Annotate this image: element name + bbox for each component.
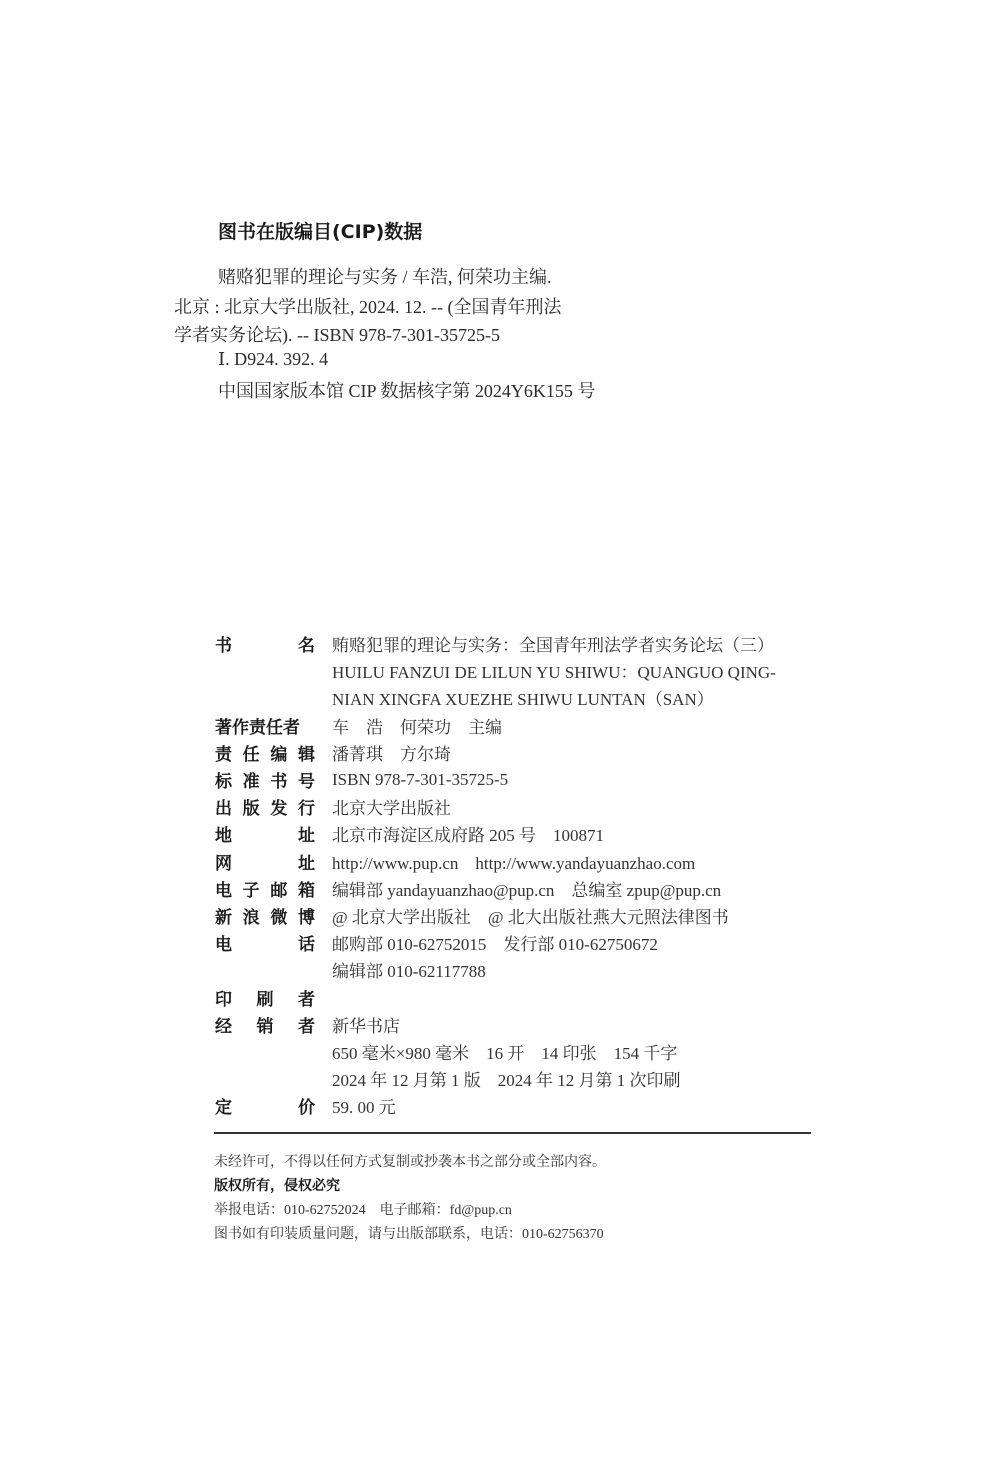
info-value: http://www.pup.cn http://www.yandayuanzh… <box>332 849 695 874</box>
info-label: 定价 <box>215 1093 315 1118</box>
info-label: 责任编辑 <box>215 740 315 765</box>
info-row: 2024 年 12 月第 1 版 2024 年 12 月第 1 次印刷 <box>215 1065 835 1092</box>
info-value: HUILU FANZUI DE LILUN YU SHIWU：QUANGUO Q… <box>332 658 776 683</box>
info-row: 出版发行北京大学出版社 <box>215 793 835 820</box>
info-label: 网址 <box>215 849 315 874</box>
rights-reserved: 版权所有，侵权必究 <box>214 1175 340 1195</box>
info-value: 2024 年 12 月第 1 版 2024 年 12 月第 1 次印刷 <box>332 1066 681 1091</box>
info-value: 贿赂犯罪的理论与实务：全国青年刑法学者实务论坛（三） <box>332 631 774 656</box>
info-value: @ 北京大学出版社 @ 北大出版社燕大元照法律图书 <box>332 903 729 928</box>
info-row: 电子邮箱编辑部 yandayuanzhao@pup.cn 总编室 zpup@pu… <box>215 875 835 902</box>
info-value: 编辑部 yandayuanzhao@pup.cn 总编室 zpup@pup.cn <box>332 876 721 901</box>
info-row: 电话邮购部 010-62752015 发行部 010-62750672 <box>215 929 835 956</box>
copyright-notice: 未经许可，不得以任何方式复制或抄袭本书之部分或全部内容。 <box>214 1151 606 1171</box>
info-value: 车 浩 何荣功 主编 <box>332 713 502 738</box>
info-label: 标准书号 <box>215 767 315 792</box>
info-label: 经销者 <box>215 1012 315 1037</box>
info-row: 网址http://www.pup.cn http://www.yandayuan… <box>215 848 835 875</box>
info-value: 650 毫米×980 毫米 16 开 14 印张 154 千字 <box>332 1039 677 1064</box>
cip-line-classification: Ⅰ. D924. 392. 4 <box>218 349 328 370</box>
report-contact: 举报电话：010-62752024 电子邮箱：fd@pup.cn <box>214 1199 512 1219</box>
info-label: 著作责任者 <box>215 713 315 738</box>
cip-line-series-isbn: 学者实务论坛). -- ISBN 978-7-301-35725-5 <box>174 321 500 347</box>
info-value: 编辑部 010-62117788 <box>332 957 486 982</box>
cip-line-publisher: 北京 : 北京大学出版社, 2024. 12. -- (全国青年刑法 <box>174 293 561 319</box>
cip-line-title: 赌赂犯罪的理论与实务 / 车浩, 何荣功主编. <box>218 263 552 289</box>
info-label: 地址 <box>215 821 315 846</box>
cip-title: 图书在版编目(CIP)数据 <box>218 217 422 244</box>
info-value: 北京大学出版社 <box>332 794 451 819</box>
info-value: 59. 00 元 <box>332 1093 396 1118</box>
info-value: NIAN XINGFA XUEZHE SHIWU LUNTAN（SAN） <box>332 685 714 710</box>
info-label: 电话 <box>215 930 315 955</box>
info-label: 出版发行 <box>215 794 315 819</box>
info-label: 电子邮箱 <box>215 876 315 901</box>
info-label: 书名 <box>215 631 315 656</box>
cip-line-cip-number: 中国国家版本馆 CIP 数据核字第 2024Y6K155 号 <box>218 377 595 403</box>
info-row: 著作责任者车 浩 何荣功 主编 <box>215 712 835 739</box>
info-value: 新华书店 <box>332 1012 400 1037</box>
info-label: 新浪微博 <box>215 903 315 928</box>
info-row: HUILU FANZUI DE LILUN YU SHIWU：QUANGUO Q… <box>215 657 835 684</box>
info-row: 经销者新华书店 <box>215 1011 835 1038</box>
info-value: 邮购部 010-62752015 发行部 010-62750672 <box>332 930 658 955</box>
info-row: 地址北京市海淀区成府路 205 号 100871 <box>215 820 835 847</box>
book-info-table: 书名贿赂犯罪的理论与实务：全国青年刑法学者实务论坛（三）HUILU FANZUI… <box>215 630 835 1119</box>
info-row: 新浪微博@ 北京大学出版社 @ 北大出版社燕大元照法律图书 <box>215 902 835 929</box>
divider <box>214 1132 811 1134</box>
info-row: 书名贿赂犯罪的理论与实务：全国青年刑法学者实务论坛（三） <box>215 630 835 657</box>
info-row: 650 毫米×980 毫米 16 开 14 印张 154 千字 <box>215 1038 835 1065</box>
quality-contact: 图书如有印装质量问题，请与出版部联系，电话：010-62756370 <box>214 1223 604 1243</box>
info-value: 北京市海淀区成府路 205 号 100871 <box>332 821 604 846</box>
info-row: 定价59. 00 元 <box>215 1092 835 1119</box>
info-row: 编辑部 010-62117788 <box>215 956 835 983</box>
info-row: 印刷者 <box>215 983 835 1010</box>
info-value: 潘菁琪 方尔琦 <box>332 740 451 765</box>
info-row: 责任编辑潘菁琪 方尔琦 <box>215 739 835 766</box>
info-row: NIAN XINGFA XUEZHE SHIWU LUNTAN（SAN） <box>215 684 835 711</box>
info-row: 标准书号ISBN 978-7-301-35725-5 <box>215 766 835 793</box>
info-value: ISBN 978-7-301-35725-5 <box>332 770 508 790</box>
info-label: 印刷者 <box>215 985 315 1010</box>
